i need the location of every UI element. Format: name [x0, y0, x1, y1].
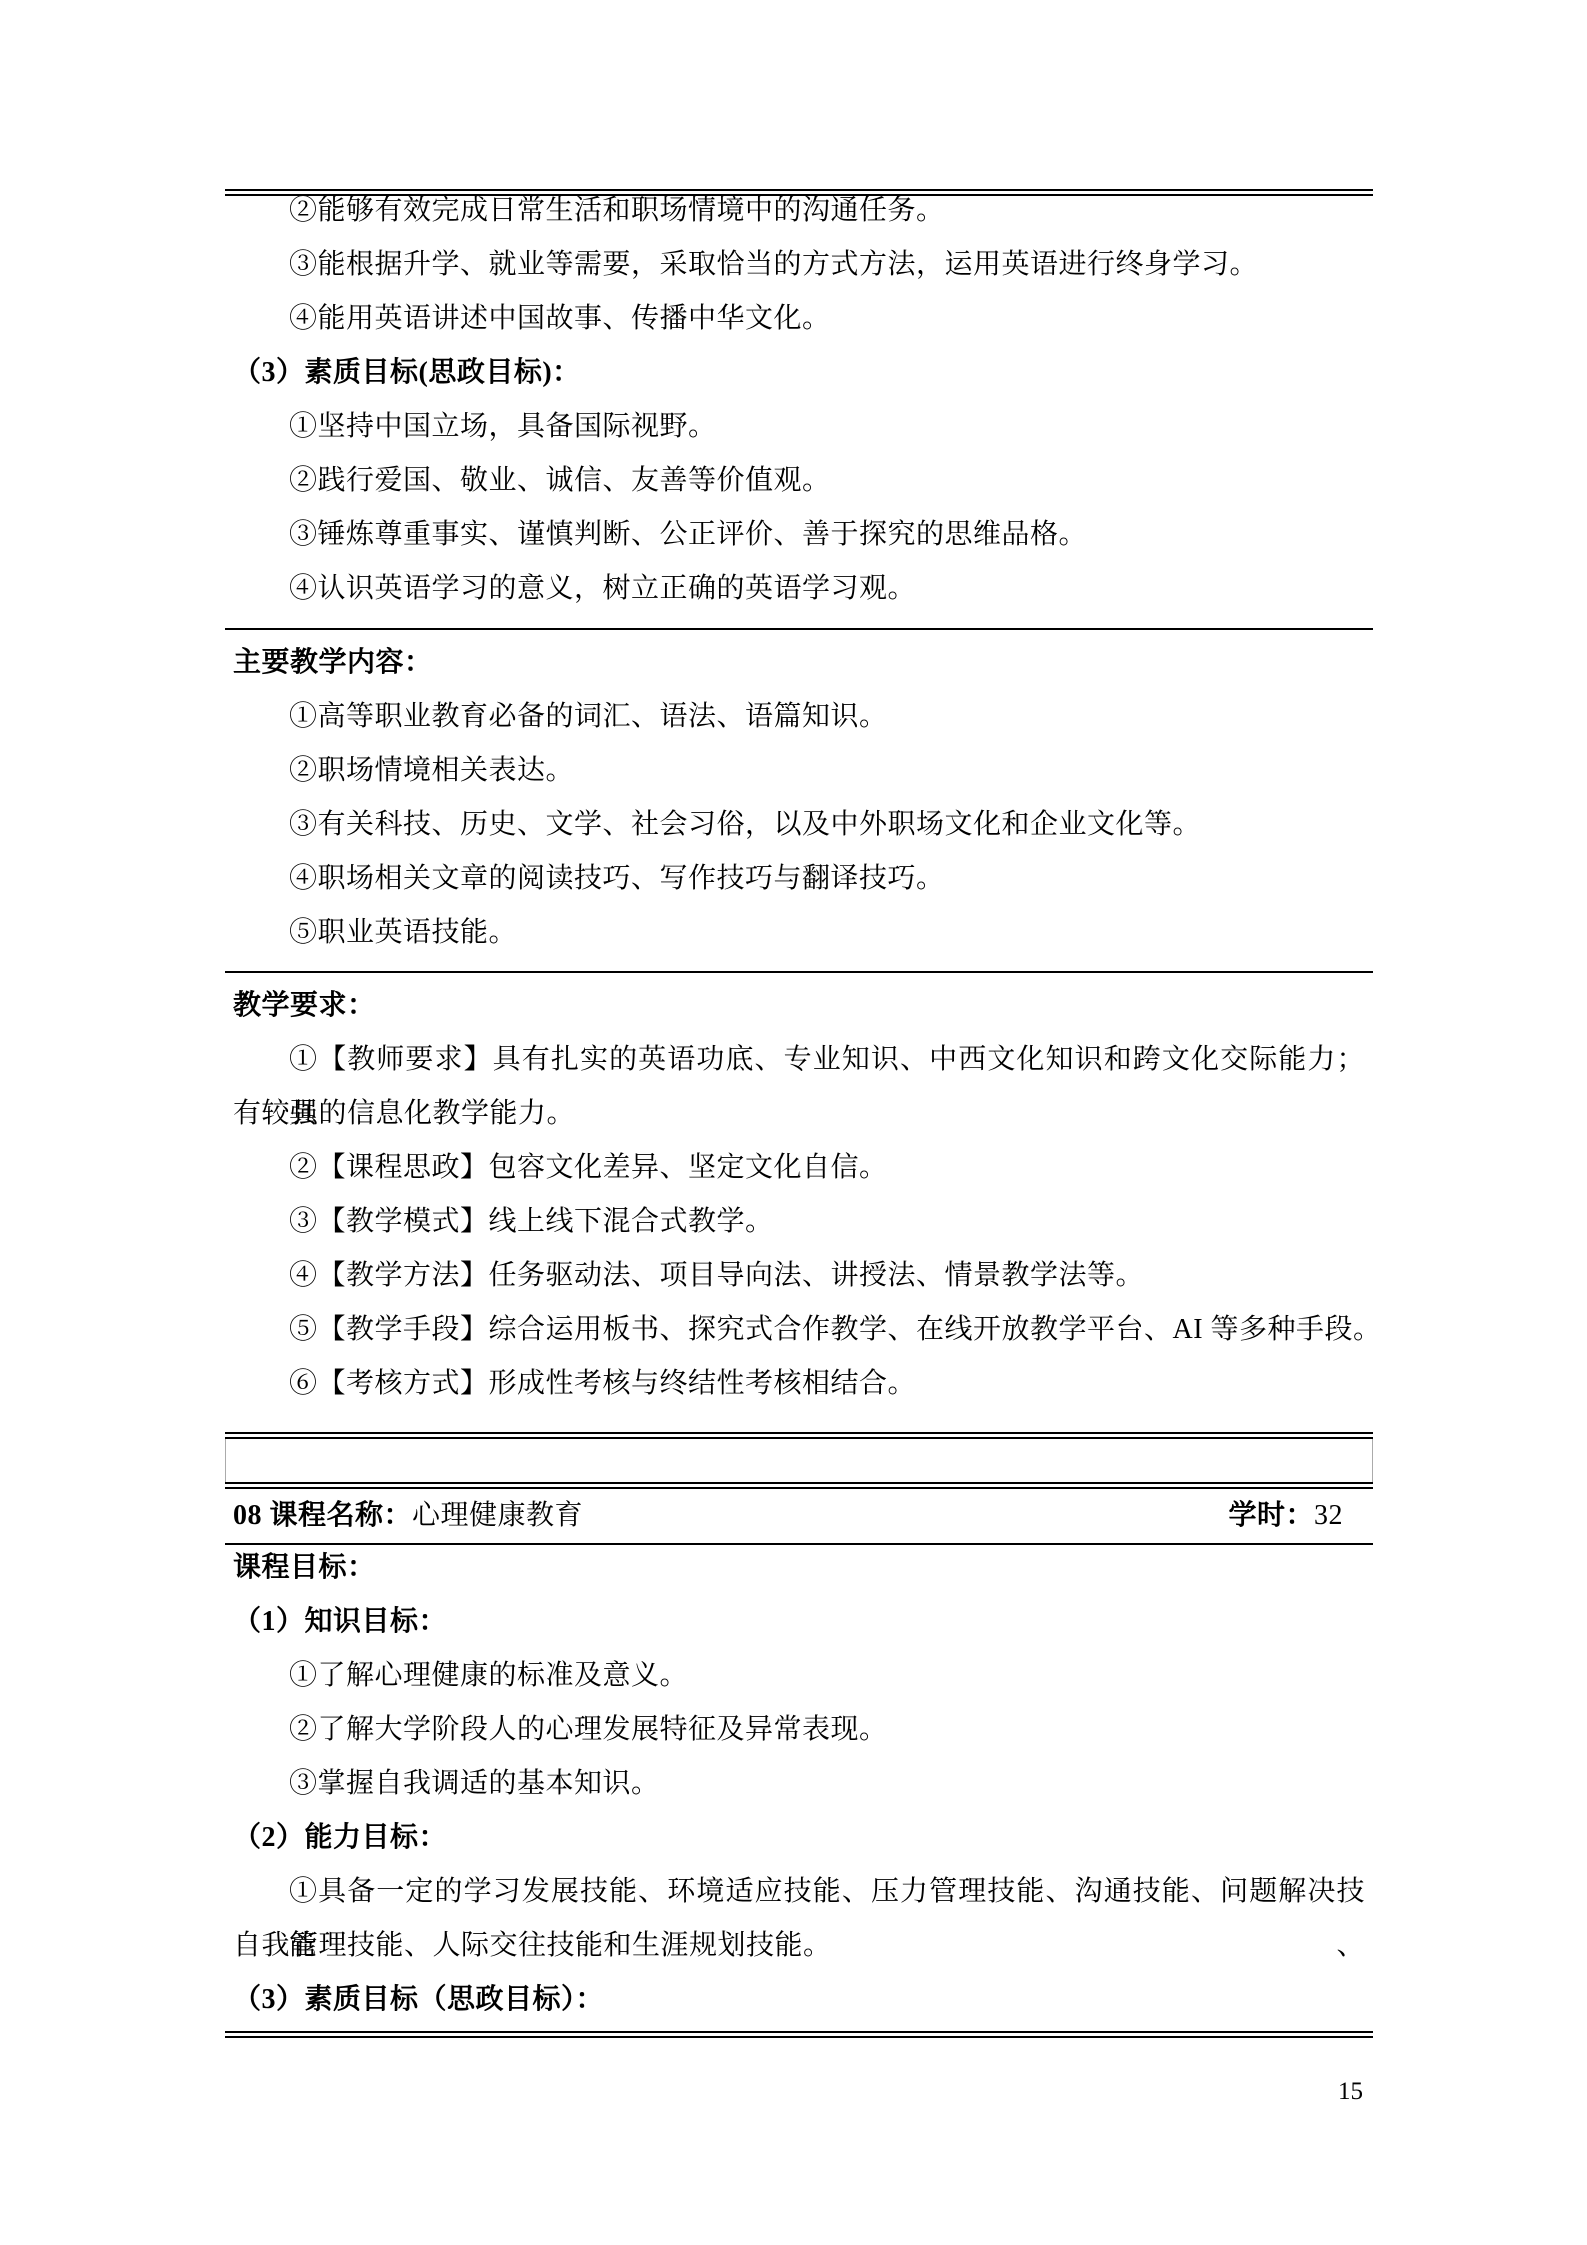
- paragraph: ②践行爱国、敬业、诚信、友善等价值观。: [233, 454, 1365, 508]
- course-name: 心理健康教育: [412, 1500, 583, 1531]
- paragraph: ⑤职业英语技能。: [233, 906, 1365, 960]
- paragraph: ④能用英语讲述中国故事、传播中华文化。: [233, 292, 1365, 346]
- paragraph: ①【教师要求】具有扎实的英语功底、专业知识、中西文化知识和跨文化交际能力；具: [233, 1033, 1365, 1087]
- subsection-heading: （1）知识目标：: [233, 1595, 1365, 1649]
- table-border-double-top: [225, 1482, 1373, 1489]
- section-heading: 课程目标：: [233, 1541, 1365, 1595]
- subsection-heading: （3）素质目标（思政目标）：: [233, 1973, 1365, 2027]
- table-border-double-bottom: [225, 1432, 1373, 1439]
- course-goals-section: 课程目标： （1）知识目标： ①了解心理健康的标准及意义。 ②了解大学阶段人的心…: [225, 1541, 1373, 2027]
- page-number: 15: [225, 2072, 1373, 2112]
- paragraph: ①具备一定的学习发展技能、环境适应技能、压力管理技能、沟通技能、问题解决技能、: [233, 1865, 1365, 1919]
- section-heading: 主要教学内容：: [233, 636, 1365, 690]
- paragraph: ⑤【教学手段】综合运用板书、探究式合作教学、在线开放教学平台、AI 等多种手段。: [233, 1303, 1365, 1357]
- table-border-double-bottom: [225, 2031, 1373, 2038]
- paragraph: ②了解大学阶段人的心理发展特征及异常表现。: [233, 1703, 1365, 1757]
- paragraph: ④职场相关文章的阅读技巧、写作技巧与翻译技巧。: [233, 852, 1365, 906]
- paragraph: ③能根据升学、就业等需要，采取恰当的方式方法，运用英语进行终身学习。: [233, 238, 1365, 292]
- row-divider: [225, 971, 1373, 973]
- hours-label: 学时：: [1228, 1500, 1314, 1531]
- paragraph: ①坚持中国立场，具备国际视野。: [233, 400, 1365, 454]
- course-header-row: 08 课程名称：心理健康教育 学时：32: [225, 1489, 1373, 1543]
- row-divider: [225, 628, 1373, 630]
- paragraph: ④【教学方法】任务驱动法、项目导向法、讲授法、情景教学法等。: [233, 1249, 1365, 1303]
- course-code-label: 08 课程名称：: [233, 1500, 412, 1531]
- paragraph: ③【教学模式】线上线下混合式教学。: [233, 1195, 1365, 1249]
- paragraph: ②职场情境相关表达。: [233, 744, 1365, 798]
- teaching-requirements-section: 教学要求： ①【教师要求】具有扎实的英语功底、专业知识、中西文化知识和跨文化交际…: [225, 979, 1373, 1411]
- paragraph: ⑥【考核方式】形成性考核与终结性考核相结合。: [233, 1357, 1365, 1411]
- course-hours: 学时：32: [1228, 1489, 1343, 1543]
- paragraph: ④认识英语学习的意义，树立正确的英语学习观。: [233, 562, 1365, 616]
- paragraph: ②能够有效完成日常生活和职场情境中的沟通任务。: [233, 184, 1365, 238]
- section-heading: 教学要求：: [233, 979, 1365, 1033]
- course-objectives-continued-section: ②能够有效完成日常生活和职场情境中的沟通任务。 ③能根据升学、就业等需要，采取恰…: [225, 184, 1373, 616]
- paragraph: ①高等职业教育必备的词汇、语法、语篇知识。: [233, 690, 1365, 744]
- paragraph: ③有关科技、历史、文学、社会习俗，以及中外职场文化和企业文化等。: [233, 798, 1365, 852]
- table-gap: [225, 1439, 1373, 1482]
- paragraph: ③掌握自我调适的基本知识。: [233, 1757, 1365, 1811]
- paragraph: ②【课程思政】包容文化差异、坚定文化自信。: [233, 1141, 1365, 1195]
- paragraph: ①了解心理健康的标准及意义。: [233, 1649, 1365, 1703]
- paragraph: ③锤炼尊重事实、谨慎判断、公正评价、善于探究的思维品格。: [233, 508, 1365, 562]
- document-page: ②能够有效完成日常生活和职场情境中的沟通任务。 ③能根据升学、就业等需要，采取恰…: [0, 0, 1587, 2245]
- hours-value: 32: [1314, 1500, 1343, 1531]
- subsection-heading: （2）能力目标：: [233, 1811, 1365, 1865]
- teaching-content-section: 主要教学内容： ①高等职业教育必备的词汇、语法、语篇知识。 ②职场情境相关表达。…: [225, 636, 1373, 960]
- subsection-heading: （3）素质目标(思政目标)：: [233, 346, 1365, 400]
- document-content-column: ②能够有效完成日常生活和职场情境中的沟通任务。 ③能根据升学、就业等需要，采取恰…: [225, 0, 1373, 2112]
- paragraph-continuation: 有较强的信息化教学能力。: [233, 1087, 1365, 1141]
- course-title: 08 课程名称：心理健康教育: [233, 1489, 583, 1543]
